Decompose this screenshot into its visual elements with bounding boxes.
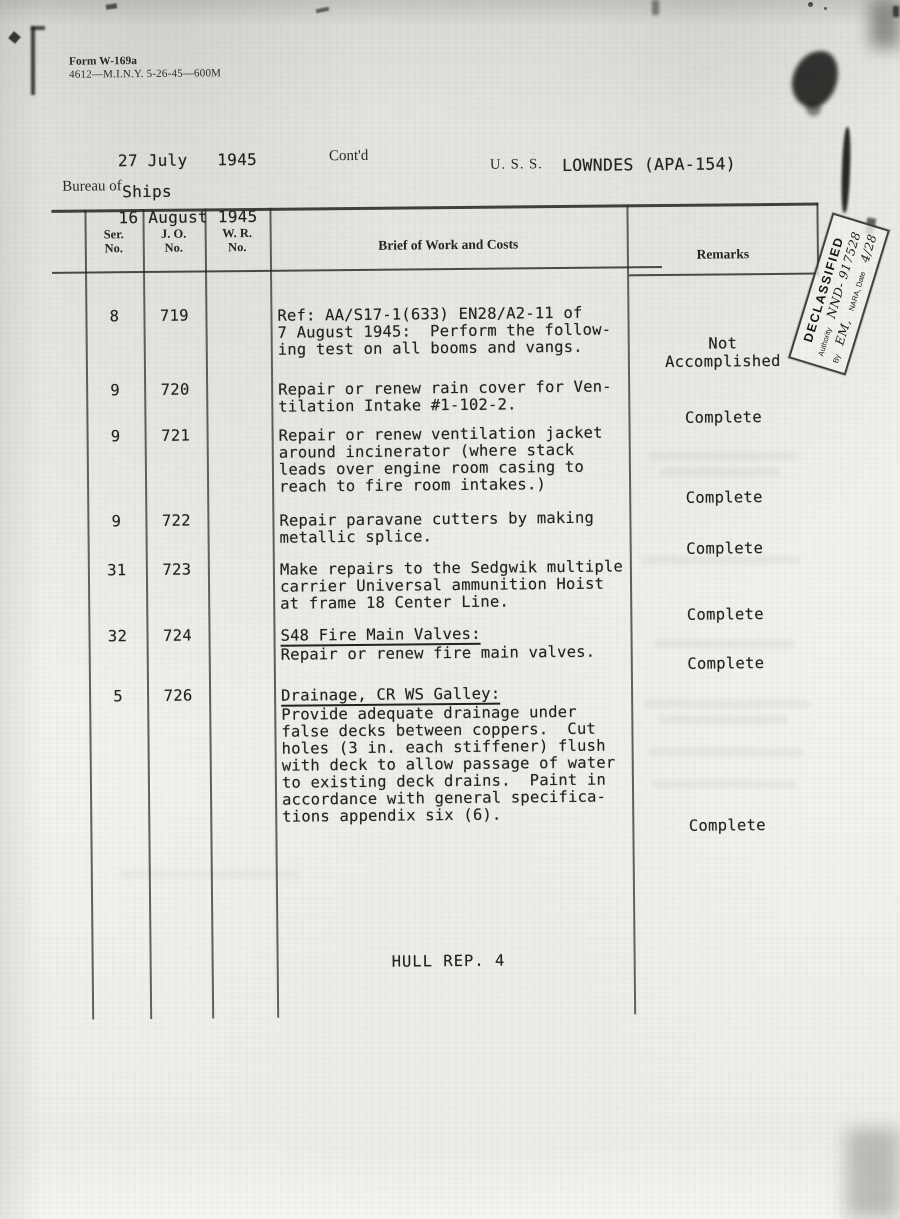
remark: Complete [632, 817, 822, 836]
work-description: Repair or renew ventilation jacketaround… [279, 424, 650, 496]
remark: Complete [631, 655, 821, 674]
work-description: S48 Fire Main Valves:Repair or renew fir… [280, 624, 650, 664]
remark: Complete [628, 409, 818, 428]
job-order-number: 724 [146, 626, 208, 645]
serial-number: 8 [85, 307, 143, 326]
column-header-brief: Brief of Work and Costs [270, 236, 627, 253]
work-description: Make repairs to the Sedgwik multiplecarr… [280, 558, 650, 613]
date-line-1: 27 July 1945 [118, 150, 257, 170]
stamp-by-label: By [831, 353, 842, 364]
table-rule-vertical [84, 210, 94, 1020]
column-header-job-order: J. O. No. [143, 226, 205, 255]
bureau-label: Bureau of [62, 178, 122, 196]
remark: Complete [630, 606, 820, 625]
serial-number: 5 [89, 687, 147, 706]
job-order-number: 722 [145, 511, 207, 530]
job-order-number: 726 [147, 686, 209, 705]
continued-label: Cont'd [329, 148, 369, 165]
serial-number: 31 [88, 561, 146, 580]
serial-number: 9 [87, 512, 145, 531]
scanned-document-page: Form W-169a 4612—M.I.N.Y. 5-26-45—600M 2… [0, 0, 900, 1219]
page-footer-label: HULL REP. 4 [392, 952, 506, 971]
job-order-number: 721 [145, 426, 207, 445]
table-row: 5 726 Drainage, CR WS Galley:Provide ade… [89, 683, 821, 690]
job-order-number: 720 [144, 380, 206, 399]
serial-number: 9 [87, 427, 145, 446]
job-order-number: 723 [146, 560, 208, 579]
bureau-value: Ships [122, 182, 172, 201]
remark: Complete [630, 540, 820, 559]
serial-number: 9 [86, 381, 144, 400]
serial-number: 32 [88, 627, 146, 646]
job-order-number: 719 [143, 306, 205, 325]
work-description: Repair paravane cutters by makingmetalli… [279, 509, 649, 547]
uss-label: U. S. S. [490, 156, 543, 174]
work-description: Drainage, CR WS Galley:Provide adequate … [281, 684, 652, 826]
work-description: Repair or renew rain cover for Ven-tilat… [278, 378, 648, 416]
table-rule-vertical [204, 208, 214, 1018]
form-identifier: Form W-169a 4612—M.I.N.Y. 5-26-45—600M [69, 54, 221, 81]
form-print-code: 4612—M.I.N.Y. 5-26-45—600M [69, 67, 221, 81]
column-header-work-request: W. R. No. [205, 226, 270, 255]
table-row: 9 722 Repair paravane cutters by makingm… [87, 508, 819, 515]
ship-name: LOWNDES (APA-154) [562, 154, 736, 175]
column-header-serial: Ser. No. [85, 227, 143, 256]
document-content: Form W-169a 4612—M.I.N.Y. 5-26-45—600M 2… [0, 0, 900, 1219]
work-table: Ser. No. J. O. No. W. R. No. Brief of Wo… [84, 203, 824, 1020]
table-rule-vertical [142, 209, 152, 1019]
table-rule-header-right [629, 273, 819, 277]
table-row: 9 720 Repair or renew rain cover for Ven… [86, 377, 818, 384]
remark: Complete [629, 489, 819, 508]
table-row: 8 719 Ref: AA/S17-1(633) EN28/A2-11 of7 … [85, 303, 817, 310]
column-header-remarks: Remarks [629, 247, 817, 263]
work-description: Ref: AA/S17-1(633) EN28/A2-11 of7 August… [277, 304, 647, 359]
